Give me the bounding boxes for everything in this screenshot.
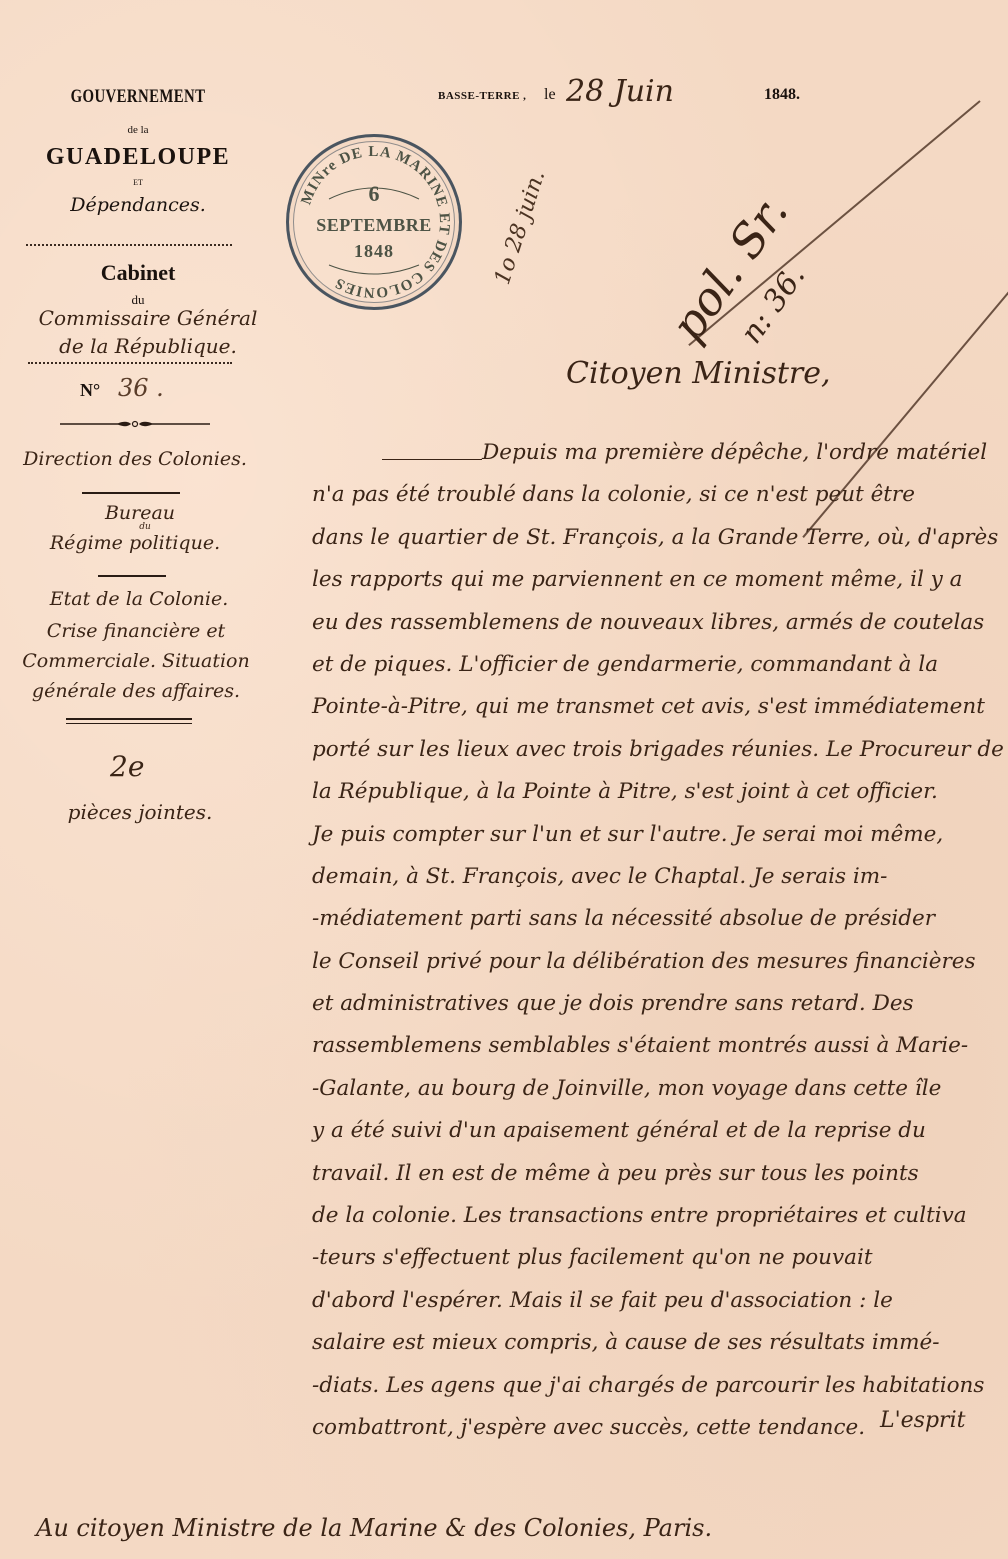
body-line: Depuis ma première dépêche, l'ordre maté… — [312, 432, 1002, 474]
date-year: 1848. — [764, 86, 800, 104]
date-handwritten: 28 Juin — [566, 74, 674, 109]
enclosures-count: 2e — [110, 750, 144, 783]
number-label: N° — [80, 380, 100, 401]
body-line: de la colonie. Les transactions entre pr… — [312, 1195, 1002, 1237]
divider-rule — [66, 723, 192, 724]
date-le: le — [544, 86, 556, 104]
body-line: -teurs s'effectuent plus facilement qu'o… — [312, 1237, 1002, 1279]
decorative-divider — [26, 244, 232, 250]
body-line: et de piques. L'officier de gendarmerie,… — [312, 644, 1002, 686]
letterhead-et: ET — [28, 178, 248, 187]
margin-bureau-du: du — [60, 522, 230, 532]
body-line: y a été suivi d'un apaisement général et… — [312, 1110, 1002, 1152]
body-line: -Galante, au bourg de Joinville, mon voy… — [312, 1068, 1002, 1110]
body-line: dans le quartier de St. François, a la G… — [312, 517, 1002, 559]
body-line: salaire est mieux compris, à cause de se… — [312, 1322, 1002, 1364]
closing-catchword: L'esprit — [880, 1408, 965, 1433]
received-stamp: MINre DE LA MARINE ET DES COLONIES 6 SEP… — [286, 134, 462, 310]
body-line: travail. Il en est de même à peu près su… — [312, 1153, 1002, 1195]
recipient-address: Au citoyen Ministre de la Marine & des C… — [36, 1514, 712, 1542]
margin-direction: Direction des Colonies. — [10, 448, 260, 470]
decorative-divider — [28, 362, 232, 368]
body-line: -diats. Les agens que j'ai chargés de pa… — [312, 1365, 1002, 1407]
letterhead-gouvernement: GOUVERNEMENT — [52, 86, 224, 108]
stamp-month: SEPTEMBRE — [289, 215, 459, 236]
body-line: n'a pas été troublé dans la colonie, si … — [312, 474, 1002, 516]
body-line: Je puis compter sur l'un et sur l'autre.… — [312, 814, 1002, 856]
body-line: demain, à St. François, avec le Chaptal.… — [312, 856, 1002, 898]
body-line: Pointe-à-Pitre, qui me transmet cet avis… — [312, 686, 1002, 728]
body-line: -médiatement parti sans la nécessité abs… — [312, 898, 1002, 940]
letterhead-cabinet: Cabinet — [28, 260, 248, 286]
margin-regime: Régime politique. — [10, 532, 260, 554]
body-line: et administratives que je dois prendre s… — [312, 983, 1002, 1025]
ornament-divider-icon — [60, 420, 210, 428]
letter-body: Depuis ma première dépêche, l'ordre maté… — [312, 432, 1002, 1449]
divider-rule — [82, 492, 180, 494]
dispatch-number: 36 . — [118, 374, 164, 402]
body-line: d'abord l'espérer. Mais il se fait peu d… — [312, 1280, 1002, 1322]
place-name: BASSE-TERRE , — [438, 90, 526, 102]
margin-bureau: Bureau — [20, 502, 260, 524]
margin-subject-line: Etat de la Colonie. — [14, 588, 264, 610]
stamp-day: 6 — [289, 181, 459, 207]
letterhead-dependances: Dépendances. — [28, 194, 248, 216]
letterhead-commissaire: Commissaire Général — [28, 306, 268, 330]
margin-subject-line: générale des affaires. — [6, 680, 266, 702]
body-line: eu des rassemblemens de nouveaux libres,… — [312, 602, 1002, 644]
letterhead-republique: de la République. — [28, 334, 268, 358]
divider-rule — [98, 575, 166, 577]
body-line: la République, à la Pointe à Pitre, s'es… — [312, 771, 1002, 813]
margin-subject-line: Commerciale. Situation — [6, 650, 266, 672]
letterhead-de-la: de la — [28, 124, 248, 136]
salutation: Citoyen Ministre, — [566, 356, 831, 391]
body-line: rassemblemens semblables s'étaient montr… — [312, 1025, 1002, 1067]
divider-rule — [66, 718, 192, 720]
body-line: porté sur les lieux avec trois brigades … — [312, 729, 1002, 771]
body-line: les rapports qui me parviennent en ce mo… — [312, 559, 1002, 601]
enclosures-label: pièces jointes. — [30, 800, 250, 824]
margin-subject-line: Crise financière et — [6, 620, 266, 642]
stamp-year: 1848 — [289, 241, 459, 262]
letterhead-guadeloupe: GUADELOUPE — [20, 144, 256, 171]
received-note: 1o 28 juin. — [490, 167, 550, 287]
body-line: le Conseil privé pour la délibération de… — [312, 941, 1002, 983]
